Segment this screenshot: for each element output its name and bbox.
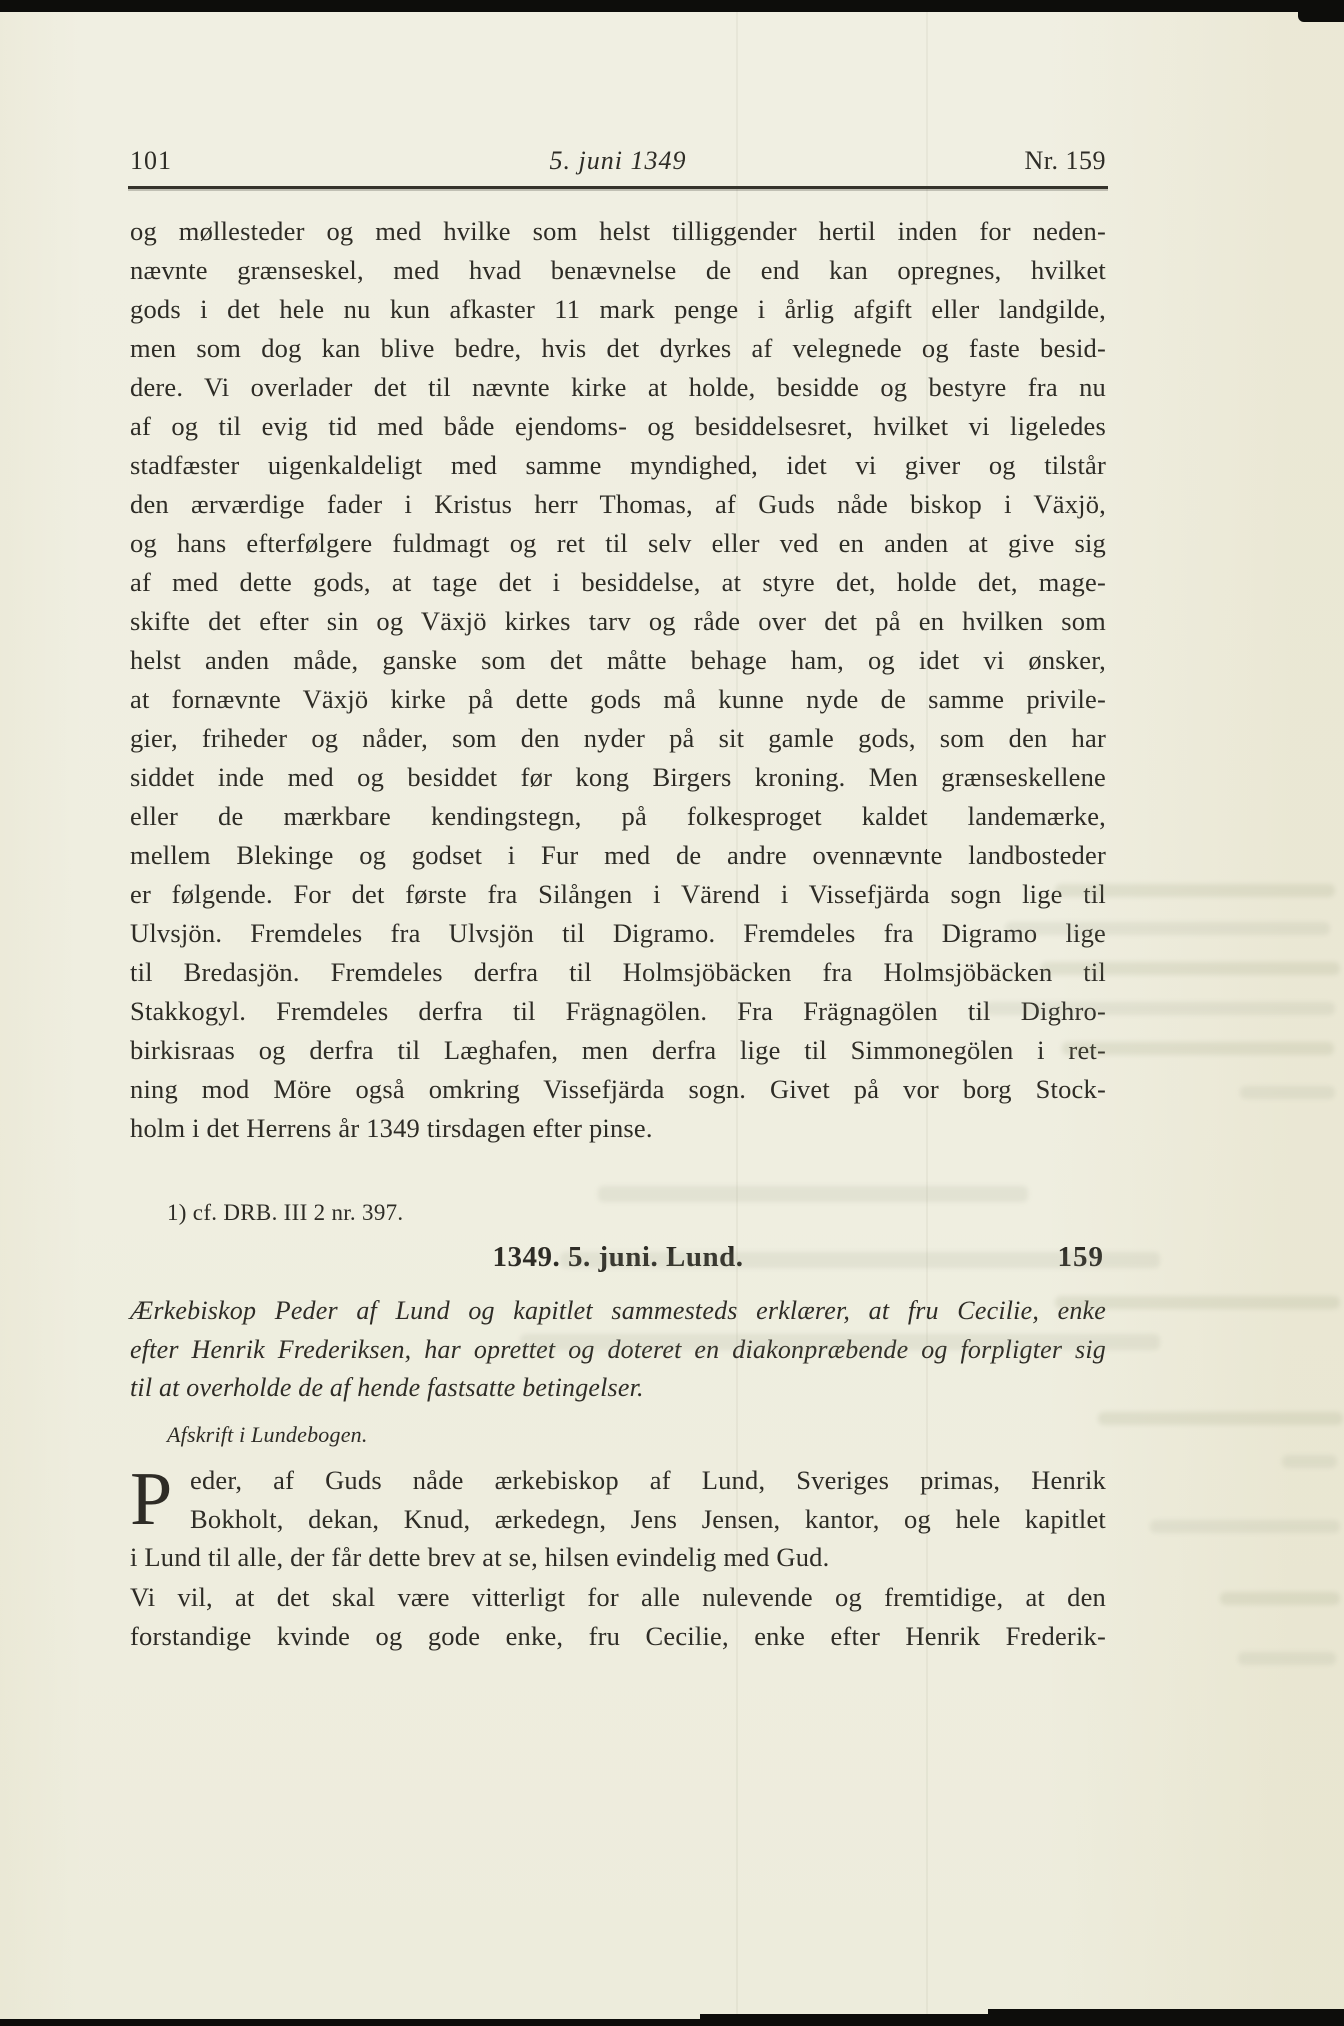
scan-edge-top-right — [1298, 0, 1344, 22]
scanned-book-page: { "header": { "folio": "101", "date_head… — [0, 0, 1344, 2026]
text-line: til at overholde de af hende fastsatte b… — [130, 1369, 1106, 1408]
running-date-title: 5. juni 1349 — [130, 146, 1106, 176]
text-line: Stakkogyl. Fremdeles derfra til Frägnagö… — [130, 992, 1106, 1031]
text-line: i Lund til alle, der får dette brev at s… — [130, 1538, 1106, 1577]
bleedthrough-artifact — [985, 1002, 1335, 1015]
drop-cap-initial: P — [130, 1466, 184, 1538]
bleedthrough-artifact — [1055, 1296, 1340, 1309]
text-line: forstandige kvinde og gode enke, fru Cec… — [130, 1617, 1106, 1656]
text-line: gier, friheder og nåder, som den nyder p… — [130, 719, 1106, 758]
header-rule — [128, 186, 1108, 189]
charter-body-paragraph: og møllesteder og med hvilke som helst t… — [130, 212, 1106, 1148]
text-line: er følgende. For det første fra Silången… — [130, 875, 1106, 914]
text-line: og hans efterfølgere fuldmagt og ret til… — [130, 524, 1106, 563]
text-line: birkisraas og derfra til Læghafen, men d… — [130, 1031, 1106, 1070]
text-line: nævnte grænseskel, med hvad benævnelse d… — [130, 251, 1106, 290]
text-line: eller de mærkbare kendingstegn, på folke… — [130, 797, 1106, 836]
text-line: Ærkebiskop Peder af Lund og kapitlet sam… — [130, 1292, 1106, 1331]
text-line: dere. Vi overlader det til nævnte kirke … — [130, 368, 1106, 407]
source-note: Afskrift i Lundebogen. — [130, 1422, 1143, 1448]
bleedthrough-artifact — [1040, 962, 1340, 975]
entry-opening-paragraph: P eder, af Guds nåde ærkebiskop af Lund,… — [130, 1461, 1106, 1577]
text-line: til Bredasjön. Fremdeles derfra til Holm… — [130, 953, 1106, 992]
opening-lines: eder, af Guds nåde ærkebiskop af Lund, S… — [130, 1461, 1106, 1577]
text-line: Ulvsjön. Fremdeles fra Ulvsjön til Digra… — [130, 914, 1106, 953]
bleedthrough-artifact — [1220, 1592, 1340, 1605]
bleedthrough-artifact — [1055, 884, 1335, 897]
bleedthrough-artifact — [1062, 1042, 1334, 1055]
text-line: skifte det efter sin og Växjö kirkes tar… — [130, 602, 1106, 641]
scan-edge-top — [0, 0, 1344, 12]
scan-edge-bottom-right — [988, 2009, 1344, 2026]
text-line: gods i det hele nu kun afkaster 11 mark … — [130, 290, 1106, 329]
text-line: eder, af Guds nåde ærkebiskop af Lund, S… — [130, 1461, 1106, 1500]
text-line: ning mod Möre også omkring Vissefjärda s… — [130, 1070, 1106, 1109]
footnote: 1) cf. DRB. III 2 nr. 397. — [130, 1200, 1143, 1226]
bleedthrough-artifact — [598, 1186, 1028, 1202]
charter-number-header: Nr. 159 — [1025, 146, 1107, 176]
text-line: af og til evig tid med både ejendoms- og… — [130, 407, 1106, 446]
text-line: at fornævnte Växjö kirke på dette gods m… — [130, 680, 1106, 719]
text-line: og møllesteder og med hvilke som helst t… — [130, 212, 1106, 251]
text-line: Vi vil, at det skal være vitterligt for … — [130, 1578, 1106, 1617]
text-line: mellem Blekinge og godset i Fur med de a… — [130, 836, 1106, 875]
text-line: Bokholt, dekan, Knud, ærkedegn, Jens Jen… — [130, 1500, 1106, 1539]
bleedthrough-artifact — [560, 1252, 1160, 1268]
text-line: stadfæster uigenkaldeligt med samme mynd… — [130, 446, 1106, 485]
bleedthrough-artifact — [1240, 1086, 1335, 1099]
text-line: men som dog kan blive bedre, hvis det dy… — [130, 329, 1106, 368]
bleedthrough-artifact — [1282, 1455, 1337, 1468]
bleedthrough-artifact — [1150, 1520, 1340, 1533]
bleedthrough-artifact — [1238, 1652, 1336, 1665]
text-line: siddet inde med og besiddet før kong Bir… — [130, 758, 1106, 797]
bleedthrough-artifact — [1098, 1412, 1343, 1425]
text-line: af med dette gods, at tage det i besidde… — [130, 563, 1106, 602]
running-header: 101 5. juni 1349 Nr. 159 — [130, 146, 1106, 182]
bleedthrough-artifact — [1005, 922, 1330, 935]
text-line: holm i det Herrens år 1349 tirsdagen eft… — [130, 1109, 1106, 1148]
bleedthrough-artifact — [520, 1334, 1160, 1350]
entry-second-paragraph: Vi vil, at det skal være vitterligt for … — [130, 1578, 1106, 1655]
text-line: den ærværdige fader i Kristus herr Thoma… — [130, 485, 1106, 524]
text-line: helst anden måde, ganske som det måtte b… — [130, 641, 1106, 680]
